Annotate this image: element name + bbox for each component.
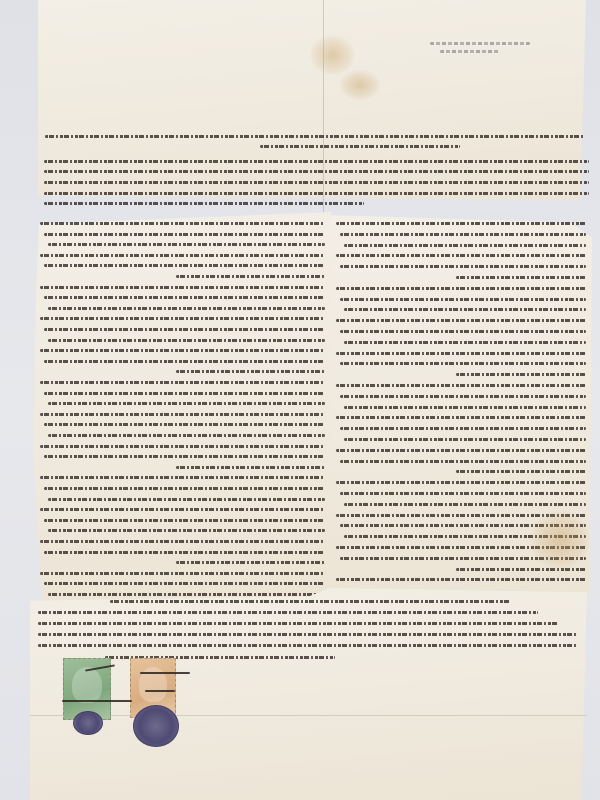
signature-stroke	[145, 690, 175, 692]
handwritten-line	[44, 328, 325, 331]
handwritten-line	[40, 508, 325, 511]
handwritten-line	[48, 307, 325, 310]
handwritten-line	[44, 233, 325, 236]
handwritten-line	[48, 339, 325, 342]
handwritten-line	[44, 487, 325, 490]
handwritten-line	[176, 466, 325, 469]
handwritten-line	[340, 233, 586, 236]
handwritten-line	[40, 381, 325, 384]
handwritten-line	[336, 449, 586, 452]
pencil-note	[430, 38, 530, 60]
handwritten-line	[176, 275, 325, 278]
handwritten-line	[40, 222, 325, 225]
handwritten-line	[48, 402, 325, 405]
handwritten-line	[336, 287, 586, 290]
handwritten-line	[336, 222, 586, 225]
handwritten-line	[44, 392, 325, 395]
handwritten-line	[176, 370, 325, 373]
handwritten-line	[336, 416, 586, 419]
handwritten-line	[344, 308, 586, 311]
handwritten-line	[344, 341, 586, 344]
handwritten-line	[44, 360, 325, 363]
handwritten-line	[40, 286, 325, 289]
handwritten-line	[48, 529, 325, 532]
handwritten-line	[344, 438, 586, 441]
handwritten-line	[336, 352, 586, 355]
fold-line	[30, 715, 587, 716]
handwritten-line	[44, 296, 325, 299]
handwritten-line	[340, 330, 586, 333]
signature-stroke	[62, 700, 132, 702]
handwritten-line	[40, 572, 325, 575]
handwritten-line	[44, 582, 325, 585]
water-stain	[340, 70, 380, 100]
handwritten-line	[44, 264, 325, 267]
handwritten-line	[40, 349, 325, 352]
handwritten-line	[344, 244, 586, 247]
handwritten-line	[48, 498, 325, 501]
handwritten-line	[340, 427, 586, 430]
handwritten-line	[340, 362, 586, 365]
handwritten-line	[44, 423, 325, 426]
handwritten-line	[344, 503, 586, 506]
handwritten-line	[340, 395, 586, 398]
water-stain	[530, 510, 590, 570]
handwritten-line	[336, 254, 586, 257]
ink-seal-icon: ink seal (left)	[73, 711, 103, 735]
handwritten-line	[40, 445, 325, 448]
handwritten-line	[44, 455, 325, 458]
ink-seal-icon: ink seal (right)	[133, 705, 179, 747]
handwritten-line	[336, 578, 586, 581]
handwritten-line	[340, 492, 586, 495]
handwritten-line	[48, 593, 325, 596]
handwritten-line	[40, 254, 325, 257]
handwritten-line	[456, 373, 586, 376]
handwritten-line	[336, 384, 586, 387]
handwritten-line	[176, 561, 325, 564]
handwritten-line	[40, 476, 325, 479]
handwritten-line	[340, 460, 586, 463]
water-stain	[310, 35, 355, 75]
handwritten-line	[340, 265, 586, 268]
handwritten-line	[48, 243, 325, 246]
handwritten-line	[456, 470, 586, 473]
handwritten-line	[40, 540, 325, 543]
handwritten-line	[40, 317, 325, 320]
handwritten-line	[456, 276, 586, 279]
handwritten-line	[48, 434, 325, 437]
handwritten-line	[336, 481, 586, 484]
handwritten-line	[344, 406, 586, 409]
handwritten-line	[340, 298, 586, 301]
handwritten-line	[40, 413, 325, 416]
handwritten-line	[44, 519, 325, 522]
bottom-sheet	[30, 588, 587, 800]
signature-stroke	[140, 672, 190, 674]
handwritten-line	[44, 551, 325, 554]
stamp-emblem-icon	[72, 667, 101, 703]
handwritten-line	[336, 319, 586, 322]
